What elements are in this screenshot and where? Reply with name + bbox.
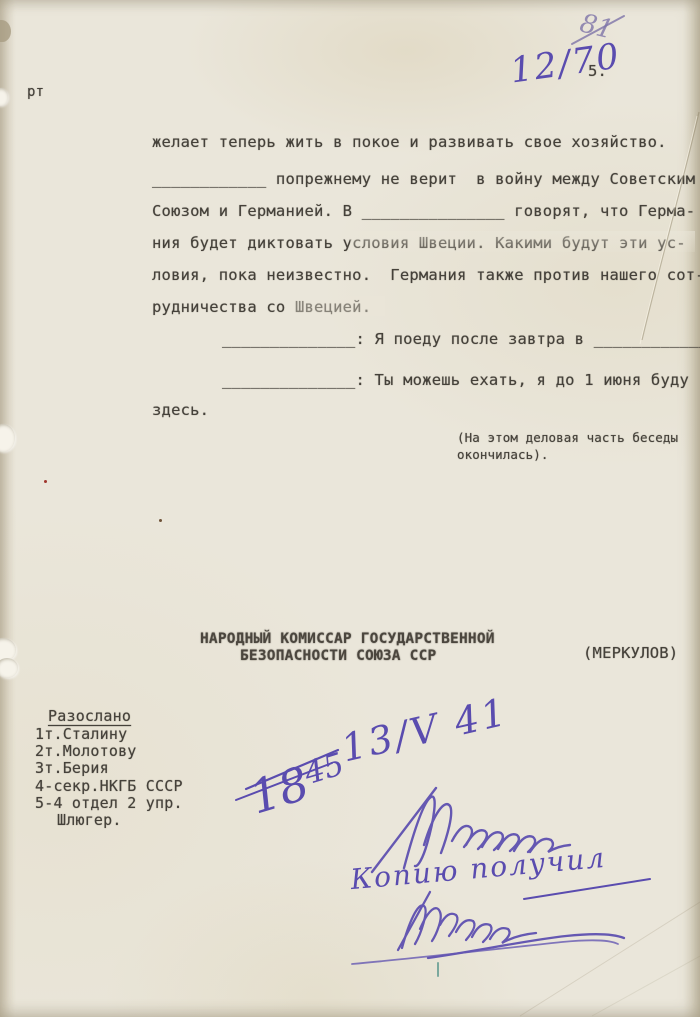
wrinkle-line — [592, 956, 700, 1016]
distribution-item: 1т.Сталину — [35, 725, 127, 743]
handwritten-signature-2 — [352, 892, 624, 964]
punch-hole — [0, 658, 18, 678]
distribution-header: Разослано — [48, 707, 131, 725]
body-line: ____________ попрежнему не верит в войну… — [152, 170, 695, 188]
closing-remark: окончилась). — [457, 447, 549, 462]
distribution-item: 4-секр.НКГБ СССР — [35, 777, 183, 795]
page-number: 5. — [588, 62, 607, 80]
paper-flaw — [0, 88, 8, 106]
dialogue-line: ______________: Я поеду после завтра в _… — [222, 330, 700, 348]
distribution-item: 2т.Молотову — [35, 742, 137, 760]
ink-speck — [44, 480, 47, 483]
ink-speck — [437, 962, 439, 977]
body-line: ния будет диктовать условия Швеции. Каки… — [152, 234, 686, 252]
receipt-note-underline — [524, 879, 650, 899]
closing-remark: (На этом деловая часть беседы — [457, 430, 678, 445]
body-line: здесь. — [152, 401, 209, 419]
wrinkle-line — [520, 902, 700, 1016]
body-line: ловия, пока неизвестно. Германия также п… — [152, 266, 700, 284]
torn-corner — [0, 20, 11, 42]
dialogue-line: ______________: Ты можешь ехать, я до 1 … — [222, 371, 689, 389]
body-line: рудничества со Швецией. — [152, 298, 371, 316]
distribution-item: 5-4 отдел 2 упр. — [35, 794, 183, 812]
punch-hole — [0, 424, 15, 452]
scanned-document-page: рт 81 12/70 5. желает теперь жить в поко… — [0, 0, 700, 1017]
body-line: Союзом и Германией. В _______________ го… — [152, 202, 695, 220]
body-line: желает теперь жить в покое и развивать с… — [152, 133, 667, 151]
receipt-note: Копию получил — [349, 841, 607, 896]
ink-speck — [159, 519, 162, 522]
handwritten-date: 13/V 41 — [337, 689, 513, 770]
commissar-title-line2: БЕЗОПАСНОСТИ СОЮЗА ССР — [240, 648, 436, 664]
handwritten-doc-number: 1845 — [172, 693, 369, 894]
margin-note: рт — [27, 84, 44, 100]
commissar-title-line1: НАРОДНЫЙ КОМИССАР ГОСУДАРСТВЕННОЙ — [200, 631, 495, 647]
distribution-item: Шлюгер. — [57, 811, 122, 829]
signatory-name: (МЕРКУЛОВ) — [583, 644, 678, 662]
distribution-item: 3т.Берия — [35, 759, 109, 777]
